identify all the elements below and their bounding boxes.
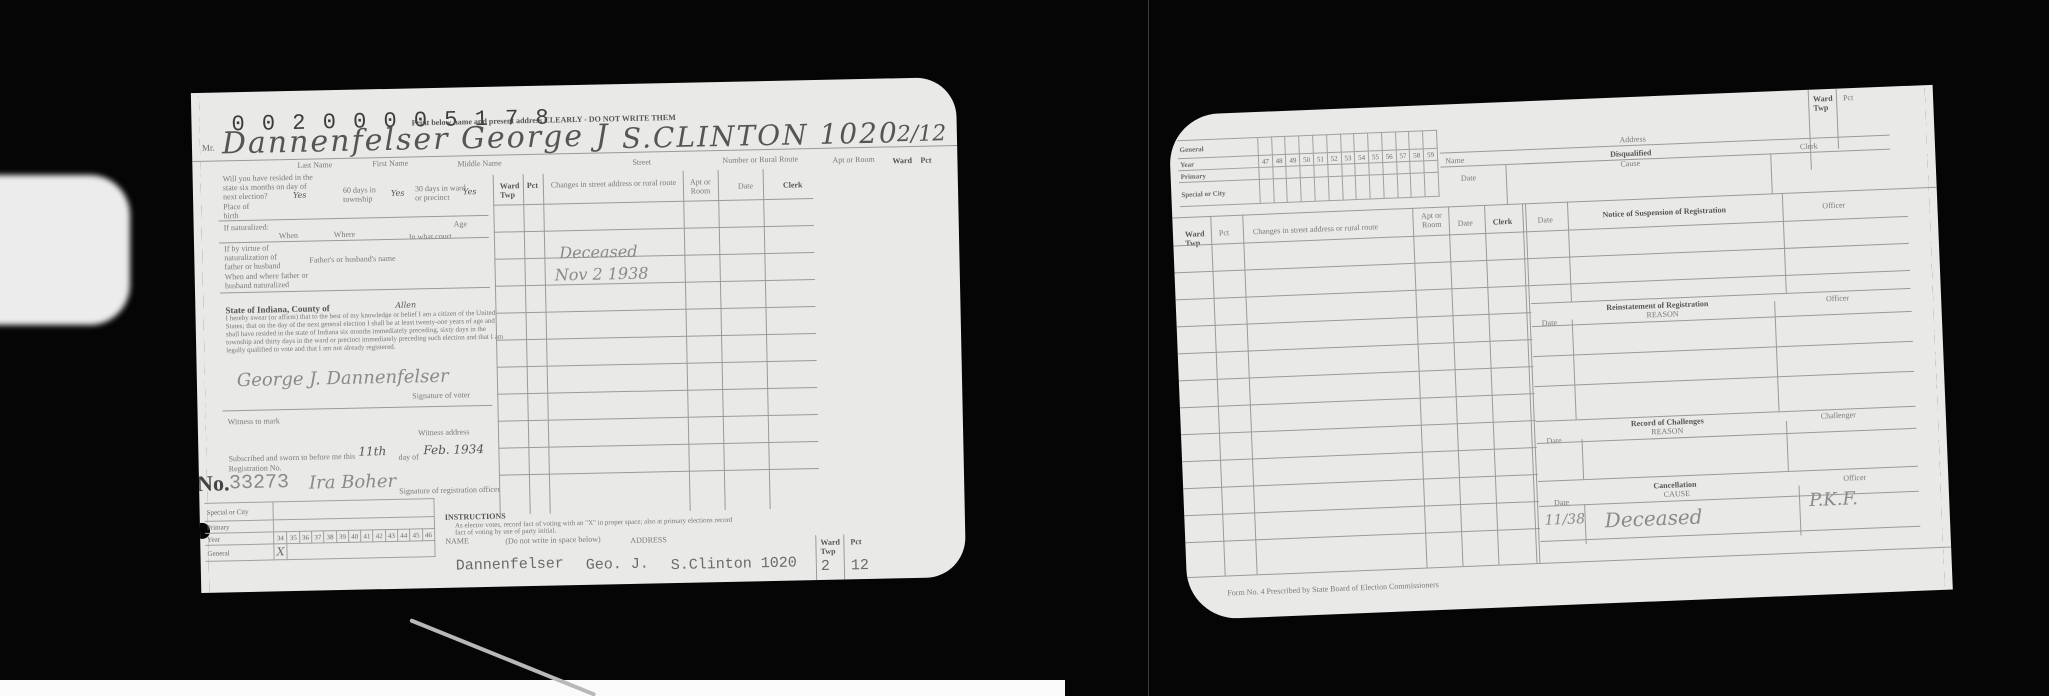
registration-card-front: 0 0 2 0 0 0 0 5 1 7 8 Print below name a… [191,77,966,593]
grid-year-cell: 38 [324,531,337,543]
question-township: 60 days in township [343,185,388,204]
voter-signature: George J. Dannenfelser [237,366,449,391]
changes-header-clerk: Clerk [1493,217,1513,227]
corner-pct-label: Pct [1843,93,1854,102]
suspension-title: Notice of Suspension of Registration [1602,205,1726,219]
grid-year-cell [1286,166,1300,179]
grid-year-cell [1314,177,1329,202]
suspension-date-label: Date [1537,215,1552,225]
answer-state: Yes [293,191,307,200]
challenges-challenger-label: Challenger [1821,410,1856,420]
grid-year-cell [1409,131,1423,150]
grid-year-cell [1259,179,1274,204]
changes-header-address: Changes in street address or rural route [1253,222,1379,236]
challenges-date-label: Date [1546,436,1561,446]
grid-year-cell [1368,133,1382,152]
cancellation-cause: Deceased [1604,504,1703,532]
registration-card-back: General Year47484950515253545556575859 P… [1168,85,1953,620]
question-naturalized: If naturalized: [224,222,269,232]
answer-township: Yes [391,189,405,198]
signature-label: Signature of voter [412,390,470,400]
grid-year-cell [1259,167,1273,180]
grid-year-cell: 39 [336,530,349,542]
subscribed-day: 11th [358,447,386,457]
question-father-name: Father's or husband's name [309,254,395,265]
grid-year-cell [1424,160,1438,173]
number-prefix: No. [197,470,230,497]
disqualified-title: Disqualified [1610,148,1652,159]
grid-year-cell [1397,173,1412,198]
voting-grid-front: Special or City Primary Year343536373839… [204,498,435,562]
grid-year-cell [1258,137,1272,156]
label-last-name: Last Name [297,160,332,170]
changes-header-date: Date [1458,218,1473,228]
grid-year-cell: 44 [398,529,411,541]
disqualified-name-label: Name [1445,156,1464,166]
grid-year-cell: 42 [373,530,386,542]
oath-county: Allen [395,300,416,309]
grid-year-cell: 36 [299,531,312,543]
instructions-do-not-write: (Do not write in space below) [505,535,600,546]
grid-year-cell: 59 [1423,148,1437,161]
question-ward: 30 days in ward or precinct [415,183,470,202]
grid-year-cell [1328,164,1342,177]
subscribed-month-label: day of [398,452,418,461]
grid-year-cell: 52 [1327,152,1341,165]
grid-year-cell [1273,178,1288,203]
changes-entry-deceased: Deceased [559,242,638,263]
grid-year-cell [1300,165,1314,178]
stamp-ward-label: Ward Twp [820,537,845,556]
grid-year-cell [1383,174,1398,199]
grid-year-cell [1313,135,1327,154]
grid-year-cell [1285,136,1299,155]
grid-year-cell: 50 [1300,153,1314,166]
cancellation-officer-label: Officer [1843,473,1866,483]
question-birth: Place of birth [223,202,263,221]
instructions-name-label: NAME [445,536,469,545]
oath-text: I hereby swear (or affirm) that to the b… [225,309,506,355]
changes-header-clerk: Clerk [783,180,803,189]
question-virtue: If by virtue of naturalization of father… [224,243,295,271]
grid-year-cell [1299,135,1313,154]
grid-year-cell: 47 [1258,155,1272,168]
grid-year-cell: 35 [287,531,300,543]
grid-year-cell [1314,165,1328,178]
stamp-name: Dannenfelser [456,555,564,574]
grid-year-cell: 48 [1272,154,1286,167]
grid-year-cell [1424,172,1439,197]
question-age: Age [454,219,468,228]
suspension-officer-label: Officer [1822,200,1845,210]
general-vote-mark: X [274,544,288,560]
ward-pct-handwritten: 2/12 [897,121,947,147]
changes-header-apt: Apt or Room [688,177,713,196]
stamp-ward: 2 [821,558,830,575]
grid-year-cell [1423,130,1438,149]
label-ward: Ward [892,156,912,165]
reinstatement-officer-label: Officer [1826,293,1849,303]
bottom-white-strip [0,680,1065,696]
changes-header-ward: Ward Twp [500,181,520,199]
grid-year-cell [1272,166,1286,179]
reinstatement-reason-label: REASON [1646,309,1678,319]
grid-year-cell: 45 [410,529,423,541]
grid-year-cell: 40 [348,530,361,542]
question-when-where: When and where father or husband natural… [225,271,310,291]
label-pct: Pct [920,156,931,165]
witness-address-label: Witness address [418,427,470,437]
stamp-first-name: Geo. J. [586,556,649,574]
disqualified-cause-label: Cause [1620,159,1640,169]
cancellation-cause-label: CAUSE [1664,489,1691,499]
grid-year-cell [1395,131,1409,150]
voting-grid-back: General Year47484950515253545556575859 P… [1177,130,1439,207]
corner-ward-label: Ward Twp [1813,94,1836,113]
salutation: Mr. [202,143,215,153]
grid-year-cell: 37 [312,531,325,543]
label-apt: Apt or Room [832,155,874,165]
challenges-reason-label: REASON [1651,426,1683,436]
cancellation-date: 11/38 [1544,511,1585,529]
grid-year-cell: 49 [1286,154,1300,167]
background-glare [0,175,130,325]
grid-row-special: Special or City [204,502,273,521]
grid-year-cell [1328,176,1343,201]
question-when: When [279,231,298,240]
grid-year-cell [1369,162,1383,175]
officer-signature: Ira Boher [309,471,397,494]
grid-year-cell [1410,161,1424,174]
grid-year-cell [1369,174,1384,199]
stamp-pct: 12 [851,557,869,574]
grid-year-cell [1340,134,1354,153]
grid-year-cell: 57 [1396,149,1410,162]
instructions-address-label: ADDRESS [630,535,667,545]
grid-year-cell [1326,134,1340,153]
grid-year-cell: 34 [273,532,287,544]
grid-year-cell [1383,162,1397,175]
grid-year-cell: 54 [1355,151,1369,164]
registration-number: 33273 [229,471,289,495]
frame-divider [1148,0,1149,696]
name-handwritten: Dannenfelser George J [222,118,610,161]
changes-header-apt: Apt or Room [1416,210,1447,229]
stamp-pct-label: Pct [850,537,861,546]
disqualified-clerk-label: Clerk [1800,142,1818,152]
grid-year-cell: 43 [385,529,398,541]
grid-year-cell [1300,177,1315,202]
officer-signature-label: Signature of registration officer [399,485,500,496]
label-number: Number or Rural Route [722,154,798,165]
grid-year-cell: 55 [1368,150,1382,163]
stamp-address: S.Clinton 1020 [671,554,797,574]
changes-entry-date: Nov 2 1938 [555,264,649,285]
label-street: Street [632,157,651,166]
label-middle-name: Middle Name [457,159,501,169]
subscribed-month: Feb. 1934 [423,445,484,455]
grid-year-cell: 51 [1313,153,1327,166]
grid-year-cell: 53 [1341,152,1355,165]
answer-ward: Yes [463,187,477,196]
grid-year-cell [1354,133,1368,152]
subscribed-text: Subscribed and sworn to before me this [228,452,355,464]
form-footer: Form No. 4 Prescribed by State Board of … [1227,580,1439,597]
grid-year-cell [1341,164,1355,177]
question-where: Where [334,230,356,239]
grid-year-cell: 58 [1410,149,1424,162]
grid-year-cell [1355,163,1369,176]
grid-year-cell [1381,132,1395,151]
disqualified-address-label: Address [1619,134,1646,144]
grid-year-cell [1356,175,1371,200]
grid-year-cell [1396,161,1410,174]
grid-year-cell [1342,176,1357,201]
label-first-name: First Name [372,159,408,169]
changes-header-date: Date [738,181,753,190]
grid-row-special: Special or City [1179,179,1260,206]
grid-year-cell: 46 [422,529,435,541]
grid-year-cell [1411,173,1426,198]
grid-year-cell [1287,178,1302,203]
cancellation-officer: P.K.F. [1809,488,1859,511]
grid-row-general: General [205,544,274,561]
changes-header-address: Changes in street address or rural route [551,178,676,190]
witness-mark-label: Witness to mark [228,416,280,426]
changes-header-pct: Pct [527,181,538,190]
question-court: In what court [409,232,452,242]
changes-header-pct: Pct [1219,228,1230,237]
disqualified-date-label: Date [1461,173,1476,183]
grid-year-cell: 41 [361,530,374,542]
grid-year-cell: 56 [1382,150,1396,163]
card-scalloped-edge [1925,85,1953,590]
grid-year-cell [1271,136,1285,155]
